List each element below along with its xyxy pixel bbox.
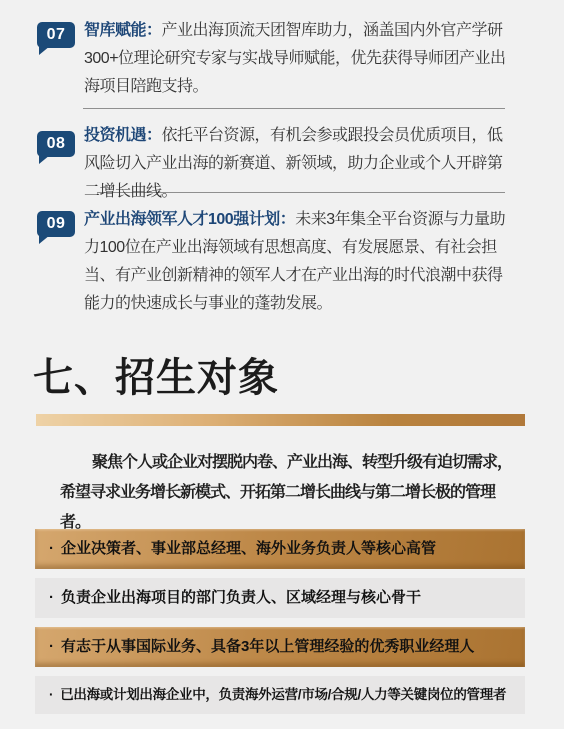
gold-underline-bar [36,414,525,426]
audience-row: ·负责企业出海项目的部门负责人、区域经理与核心骨干 [35,578,525,618]
item-title: 投资机遇： [84,127,162,144]
audience-row-text: 有志于从事国际业务、具备3年以上管理经验的优秀职业经理人 [61,638,474,655]
item-title: 产业出海领军人才100强计划： [84,211,295,228]
audience-row: ·有志于从事国际业务、具备3年以上管理经验的优秀职业经理人 [35,627,525,667]
item-number: 09 [47,215,66,232]
page: 07 智库赋能：产业出海顶流天团智库助力，涵盖国内外官产学研300+位理论研究专… [0,0,564,729]
benefit-item: 投资机遇：依托平台资源，有机会参或跟投会员优质项目，低风险切入产业出海的新赛道、… [84,122,512,206]
benefit-item: 产业出海领军人才100强计划：未来3年集全平台资源与力量助力100位在产业出海领… [84,206,512,318]
audience-row: ·企业决策者、事业部总经理、海外业务负责人等核心高管 [35,529,525,569]
audience-row-text: 已出海或计划出海企业中，负责海外运营/市场/合规/人力等关键岗位的管理者 [60,687,506,702]
item-number-badge: 09 [37,211,75,237]
divider [83,108,505,109]
item-number-badge: 08 [37,131,75,157]
audience-row-text: 负责企业出海项目的部门负责人、区域经理与核心骨干 [61,589,421,606]
bullet-marker: · [49,540,54,557]
bullet-marker: · [49,589,54,606]
item-number: 07 [47,26,66,43]
audience-row-text: 企业决策者、事业部总经理、海外业务负责人等核心高管 [61,540,436,557]
audience-row: ·已出海或计划出海企业中，负责海外运营/市场/合规/人力等关键岗位的管理者 [35,676,525,714]
item-number-badge: 07 [37,22,75,48]
section-intro: 聚焦个人或企业对摆脱内卷、产业出海、转型升级有迫切需求，希望寻求业务增长新模式、… [60,448,512,538]
benefit-item: 智库赋能：产业出海顶流天团智库助力，涵盖国内外官产学研300+位理论研究专家与实… [84,17,512,101]
bullet-marker: · [49,687,53,702]
section-heading: 七、招生对象 [33,346,279,403]
item-number: 08 [47,135,66,152]
bullet-marker: · [49,638,54,655]
item-title: 智库赋能： [84,22,162,39]
